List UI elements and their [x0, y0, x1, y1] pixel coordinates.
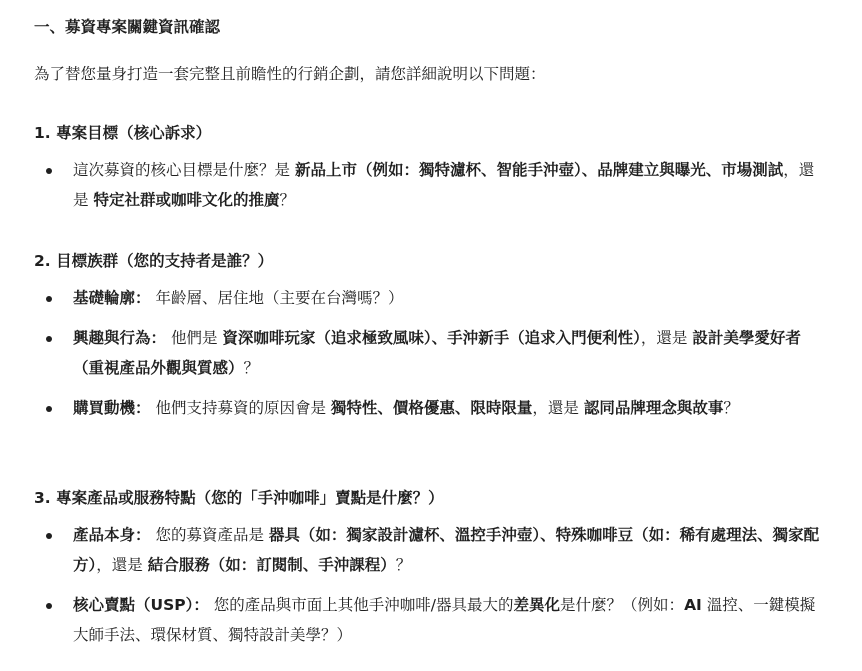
heading-project-goal: 1. 專案目標（核心訴求）	[34, 120, 211, 146]
intro-paragraph: 為了替您量身打造一套完整且前瞻性的行銷企劃，請您詳細說明以下問題：	[34, 61, 546, 87]
list-item: 產品本身： 您的募資產品是 器具（如：獨家設計濾杯、溫控手沖壺）、特殊咖啡豆（如…	[34, 520, 824, 580]
bold-text: 結合服務（如：訂閱制、手沖課程）	[148, 556, 396, 574]
bold-text: AI	[684, 596, 702, 614]
list-item: 購買動機： 他們支持募資的原因會是 獨特性、價格優惠、限時限量，還是 認同品牌理…	[34, 393, 824, 423]
bold-text: 差異化	[514, 596, 561, 614]
text: ？	[396, 556, 412, 574]
bullet-icon	[46, 406, 52, 412]
bold-text: 認同品牌理念與故事	[584, 399, 724, 417]
text: ，還是	[532, 399, 583, 417]
bold-text: 資深咖啡玩家（追求極致風味）、手沖新手（追求入門便利性）	[222, 329, 641, 347]
bold-text: 基礎輪廓：	[73, 289, 151, 307]
bold-text: 新品上市（例如：獨特濾杯、智能手沖壺）、品牌建立與曝光、市場測試	[295, 161, 783, 179]
text: ？	[723, 399, 739, 417]
list-product-features: 產品本身： 您的募資產品是 器具（如：獨家設計濾杯、溫控手沖壺）、特殊咖啡豆（如…	[34, 520, 824, 660]
text: ？	[279, 191, 295, 209]
bold-text: 購買動機：	[73, 399, 151, 417]
list-item: 興趣與行為： 他們是 資深咖啡玩家（追求極致風味）、手沖新手（追求入門便利性），…	[34, 323, 824, 383]
text: 這次募資的核心目標是什麼？是	[73, 161, 295, 179]
bullet-icon	[46, 603, 52, 609]
text: 他們支持募資的原因會是	[151, 399, 331, 417]
bullet-icon	[46, 336, 52, 342]
bold-text: 興趣與行為：	[73, 329, 166, 347]
heading-target-audience: 2. 目標族群（您的支持者是誰？）	[34, 248, 273, 274]
heading-product-features: 3. 專案產品或服務特點（您的「手沖咖啡」賣點是什麼？）	[34, 485, 444, 511]
bold-text: 產品本身：	[73, 526, 151, 544]
text: ，還是	[641, 329, 692, 347]
bold-text: 獨特性、價格優惠、限時限量	[331, 399, 533, 417]
section-title: 一、募資專案關鍵資訊確認	[34, 14, 220, 40]
list-project-goal: 這次募資的核心目標是什麼？是 新品上市（例如：獨特濾杯、智能手沖壺）、品牌建立與…	[34, 155, 824, 225]
bullet-icon	[46, 533, 52, 539]
bold-text: 核心賣點（USP）：	[73, 596, 209, 614]
bullet-icon	[46, 296, 52, 302]
list-item: 基礎輪廓： 年齡層、居住地（主要在台灣嗎？）	[34, 283, 824, 313]
text: 年齡層、居住地（主要在台灣嗎？）	[151, 289, 404, 307]
text: 您的募資產品是	[151, 526, 269, 544]
list-item: 核心賣點（USP）： 您的產品與市面上其他手沖咖啡/器具最大的差異化是什麼？（例…	[34, 590, 824, 650]
bold-text: 特定社群或咖啡文化的推廣	[93, 191, 279, 209]
list-item: 這次募資的核心目標是什麼？是 新品上市（例如：獨特濾杯、智能手沖壺）、品牌建立與…	[34, 155, 824, 215]
text: ，還是	[96, 556, 147, 574]
text: 是什麼？（例如：	[560, 596, 684, 614]
bullet-icon	[46, 168, 52, 174]
list-target-audience: 基礎輪廓： 年齡層、居住地（主要在台灣嗎？）興趣與行為： 他們是 資深咖啡玩家（…	[34, 283, 824, 433]
text: ？	[244, 359, 260, 377]
text: 您的產品與市面上其他手沖咖啡/器具最大的	[209, 596, 514, 614]
text: 他們是	[166, 329, 222, 347]
